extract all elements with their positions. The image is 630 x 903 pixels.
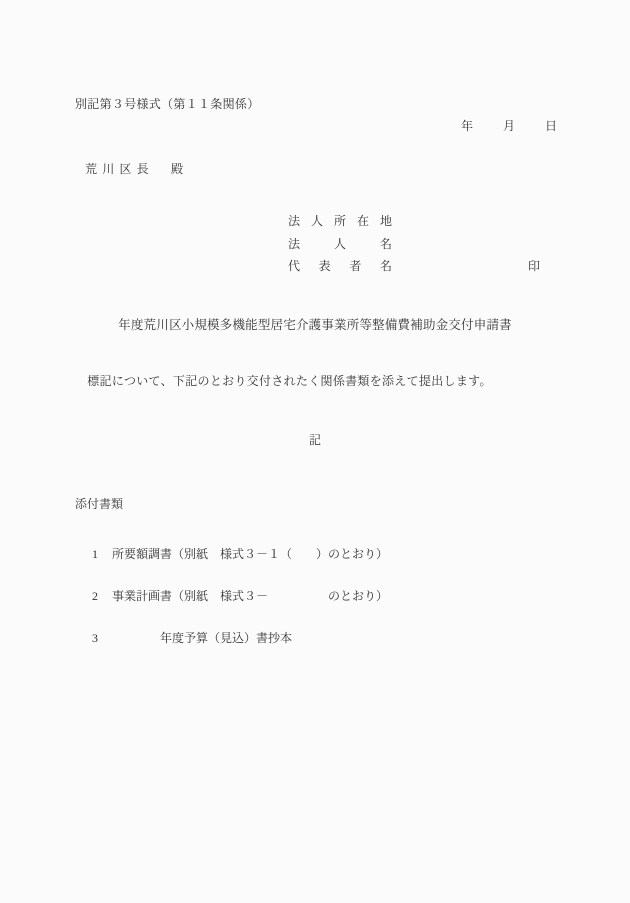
item-1-text: 所要額調書（別紙 様式３－１（ ）のとおり）: [112, 547, 388, 561]
attachment-item-2: 2事業計画書（別紙 様式３－ のとおり）: [80, 578, 388, 614]
corporate-name-label: 法人名: [288, 238, 392, 261]
corporate-address-label: 法人所在地: [288, 215, 392, 238]
document-page: 別記第３号様式（第１１条関係） 年 月 日 荒川区長 殿 法人所在地 法人名 代…: [0, 0, 630, 903]
seal-mark: 印: [528, 260, 540, 272]
body-text: 標記について、下記のとおり交付されたく関係書類を添えて提出します。: [75, 375, 492, 387]
representative-name-label: 代表者名: [288, 260, 392, 283]
item-3-number: 3: [92, 632, 112, 644]
addressee-line: 荒川区長 殿: [85, 163, 183, 175]
item-2-text: 事業計画書（別紙 様式３－ のとおり）: [112, 589, 388, 603]
form-number: 別記第３号様式（第１１条関係）: [75, 98, 260, 110]
item-3-text: 年度予算（見込）書抄本: [112, 631, 292, 645]
item-2-number: 2: [92, 590, 112, 602]
record-heading: 記: [0, 434, 630, 446]
attachment-item-3: 3 年度予算（見込）書抄本: [80, 620, 292, 656]
sender-block: 法人所在地 法人名 代表者名: [288, 215, 392, 283]
date-line: 年 月 日: [461, 120, 559, 132]
item-1-number: 1: [92, 548, 112, 560]
attachment-item-1: 1所要額調書（別紙 様式３－１（ ）のとおり）: [80, 536, 388, 572]
attachments-heading: 添付書類: [75, 498, 123, 510]
document-title: 年度荒川区小規模多機能型居宅介護事業所等整備費補助金交付申請書: [0, 319, 630, 332]
